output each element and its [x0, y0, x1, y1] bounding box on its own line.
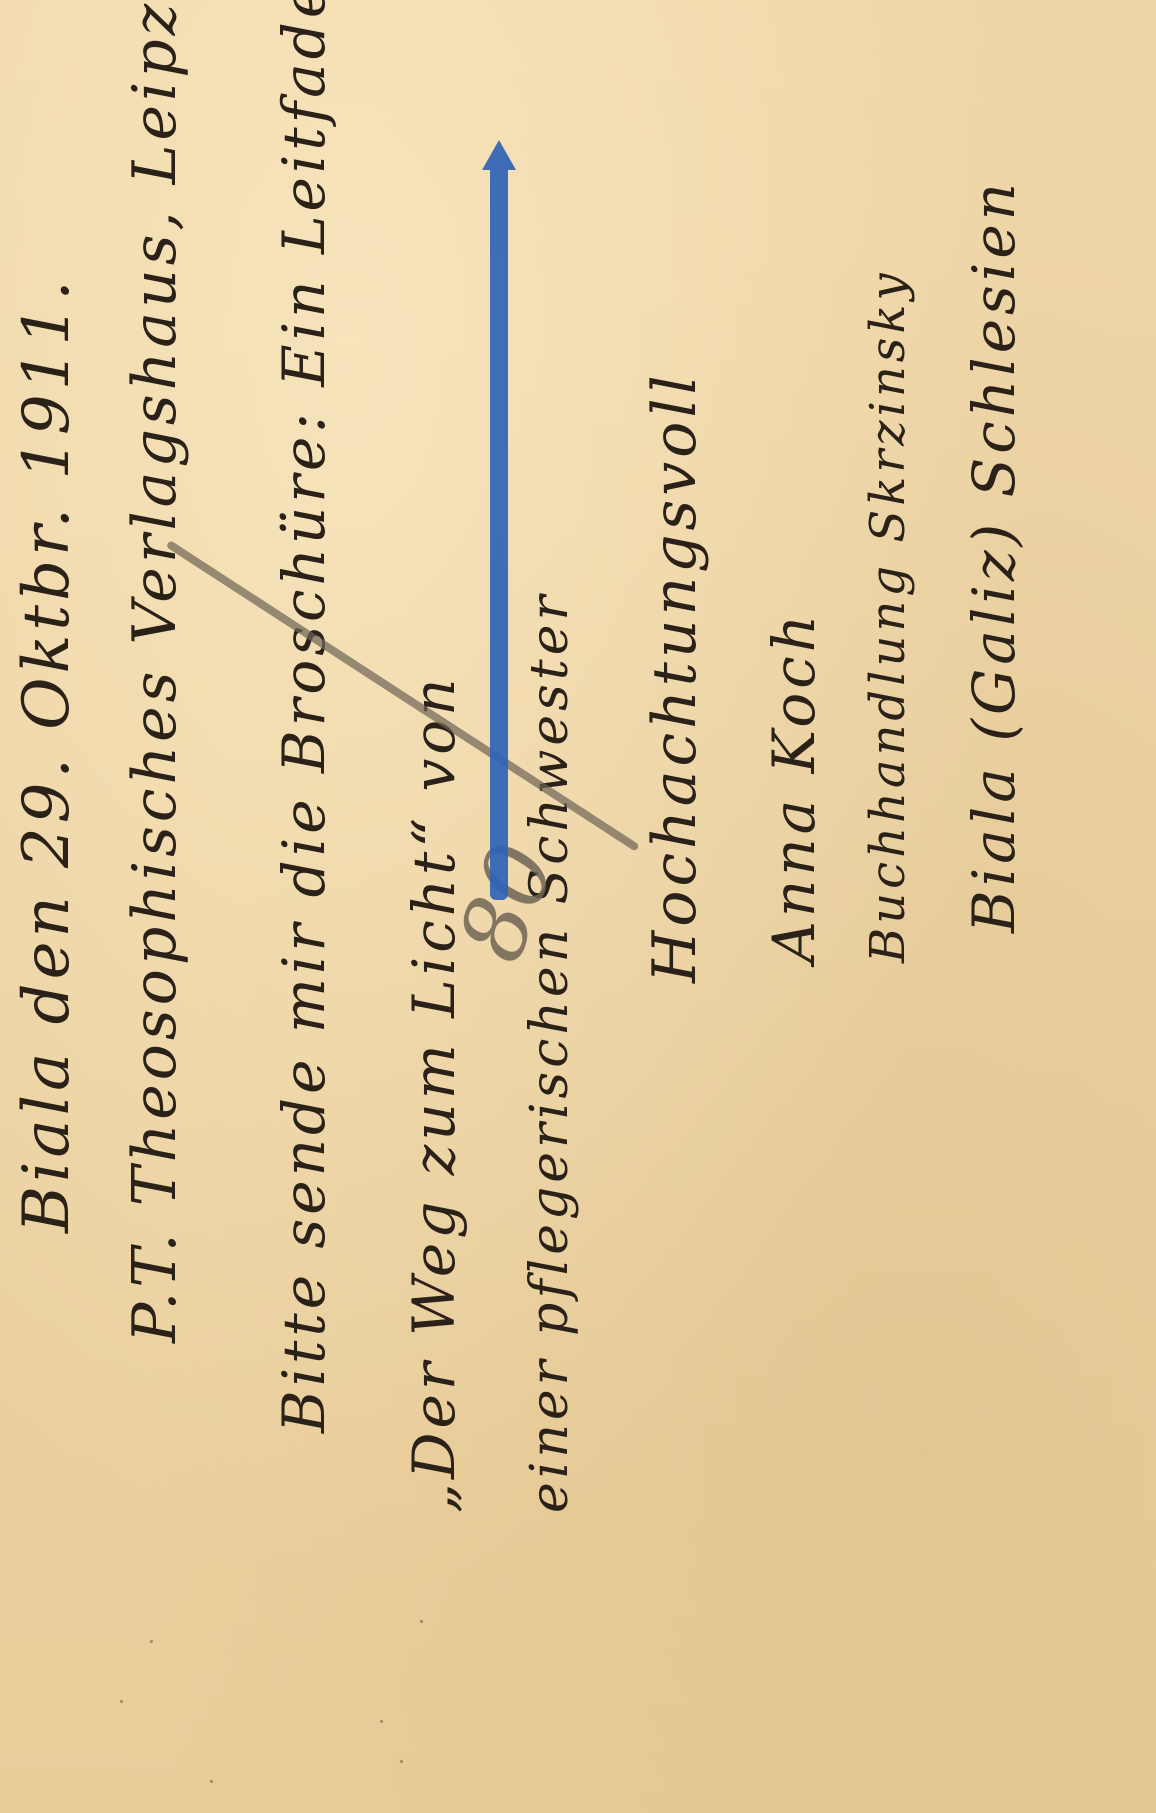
body-line: „Der Weg zum Licht“ von	[400, 675, 468, 1514]
date-line: Biala den 29. Oktbr. 1911.	[10, 276, 84, 1233]
sender-line: Buchhandlung Skrzinsky	[860, 269, 916, 963]
body-line: einer pflegerischen Schwester	[520, 592, 580, 1513]
signature: Anna Koch	[760, 611, 828, 963]
place-line: Biala (Galiz) Schlesien	[960, 179, 1028, 933]
body-line: Bitte sende mir die Broschüre: Ein Leitf…	[270, 0, 338, 1433]
closing-line: Hochachtungsvoll	[640, 371, 710, 983]
handwritten-text-block: Biala den 29. Oktbr. 1911. P.T. Theosoph…	[0, 0, 1156, 1813]
blue-arrow-icon	[490, 160, 508, 900]
postcard: Biala den 29. Oktbr. 1911. P.T. Theosoph…	[0, 0, 1156, 1813]
address-line: P.T. Theosophisches Verlagshaus, Leipzig	[120, 0, 190, 1343]
